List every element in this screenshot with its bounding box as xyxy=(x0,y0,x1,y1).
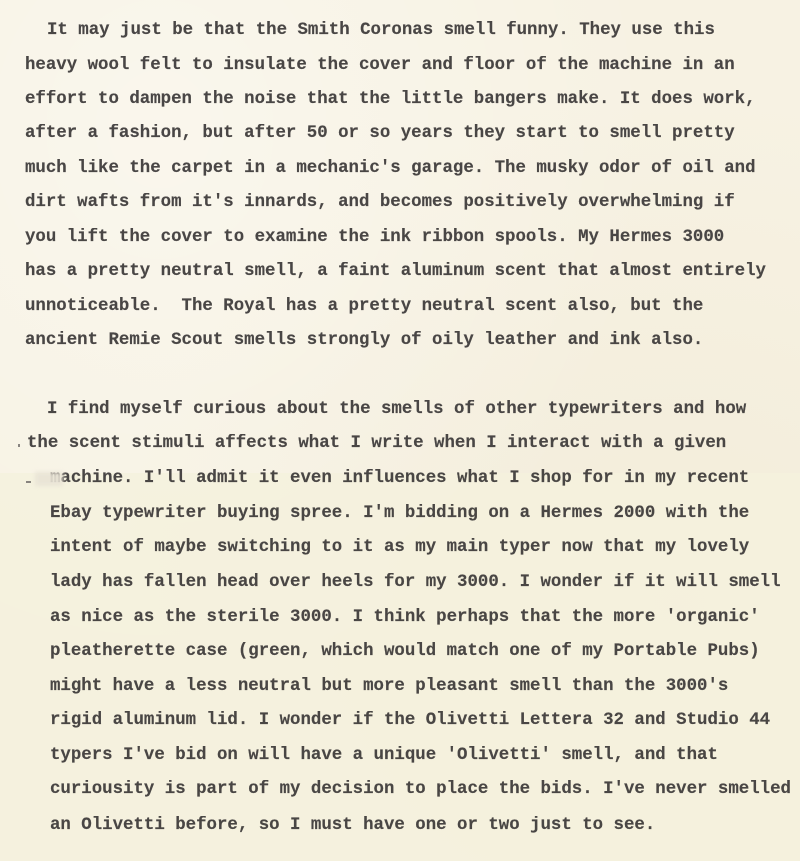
text-line: pleatherette case (green, which would ma… xyxy=(50,642,760,662)
text-line: much like the carpet in a mechanic's gar… xyxy=(25,159,756,179)
text-line: rigid aluminum lid. I wonder if the Oliv… xyxy=(50,711,770,731)
text-line: ancient Remie Scout smells strongly of o… xyxy=(25,331,703,351)
stray-dash-mark xyxy=(26,481,31,483)
text-line: I find myself curious about the smells o… xyxy=(47,400,746,420)
text-line: might have a less neutral but more pleas… xyxy=(50,677,728,697)
text-line: heavy wool felt to insulate the cover an… xyxy=(25,56,735,76)
text-line: Ebay typewriter buying spree. I'm biddin… xyxy=(50,504,749,524)
text-line: after a fashion, but after 50 or so year… xyxy=(25,124,735,144)
text-line: effort to dampen the noise that the litt… xyxy=(25,90,756,110)
text-line: It may just be that the Smith Coronas sm… xyxy=(47,21,715,41)
text-line: the scent stimuli affects what I write w… xyxy=(27,434,726,454)
text-line: typers I've bid on will have a unique 'O… xyxy=(50,746,718,766)
text-line: dirt wafts from it's innards, and become… xyxy=(25,193,735,213)
text-line: has a pretty neutral smell, a faint alum… xyxy=(25,262,766,282)
text-line: unnoticeable. The Royal has a pretty neu… xyxy=(25,297,703,317)
text-line: lady has fallen head over heels for my 3… xyxy=(50,573,781,593)
text-line: as nice as the sterile 3000. I think per… xyxy=(50,608,760,628)
paper-lower-scan xyxy=(0,473,800,861)
stray-ink-mark xyxy=(18,444,20,447)
text-line: intent of maybe switching to it as my ma… xyxy=(50,538,749,558)
text-line: an Olivetti before, so I must have one o… xyxy=(50,816,655,836)
text-line: machine. I'll admit it even influences w… xyxy=(50,469,749,489)
text-line: curiousity is part of my decision to pla… xyxy=(50,780,791,800)
erasure-smudge xyxy=(35,472,63,486)
text-line: you lift the cover to examine the ink ri… xyxy=(25,228,724,248)
